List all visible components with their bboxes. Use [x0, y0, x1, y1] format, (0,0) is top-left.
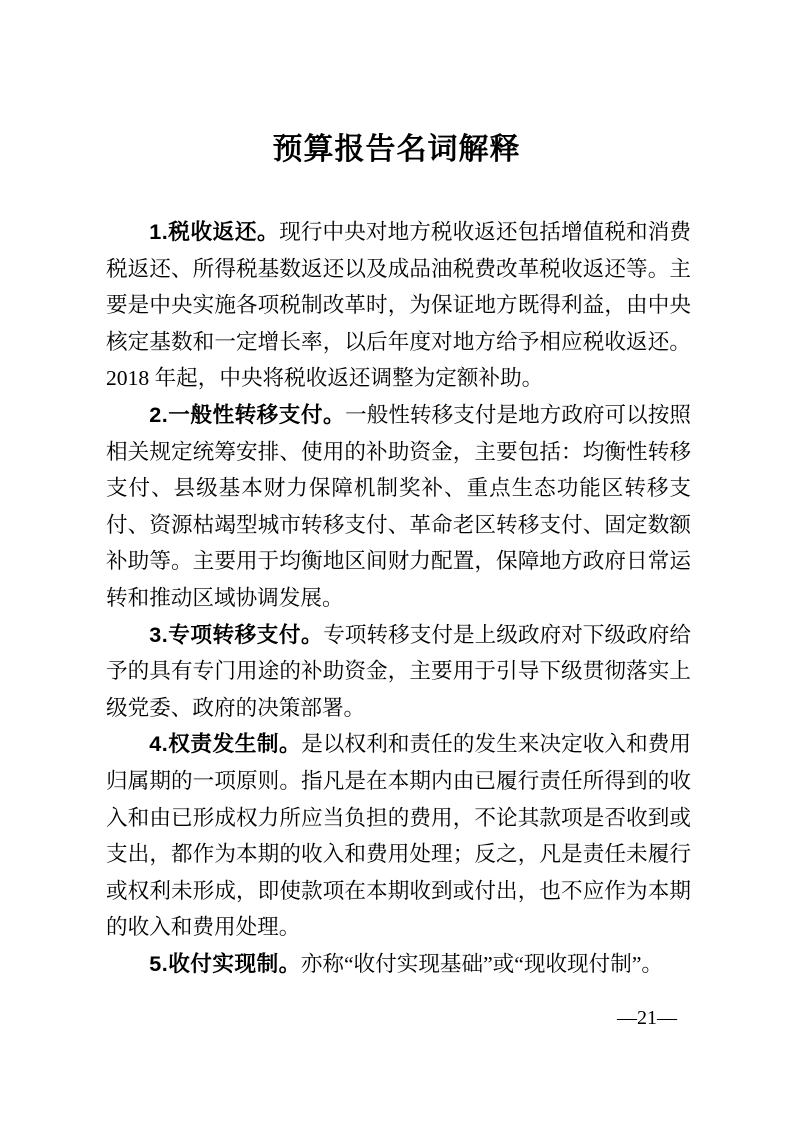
page-number: —21— — [617, 1004, 677, 1032]
definition-paragraph-cash-basis: 5.收付实现制。亦称“收付实现基础”或“现收现付制”。 — [106, 946, 691, 983]
term-label-4: 4.权责发生制。 — [149, 731, 301, 756]
definition-paragraph-general-transfer: 2.一般性转移支付。一般性转移支付是地方政府可以按照相关规定统筹安排、使用的补助… — [106, 397, 691, 617]
document-body: 1.税收返还。现行中央对地方税收返还包括增值税和消费税返还、所得税基数返还以及成… — [106, 214, 691, 982]
definition-paragraph-special-transfer: 3.专项转移支付。专项转移支付是上级政府对下级政府给予的具有专门用途的补助资金，… — [106, 617, 691, 727]
term-definition-1: 现行中央对地方税收返还包括增值税和消费税返还、所得税基数返还以及成品油税费改革税… — [106, 220, 691, 390]
definition-paragraph-tax-rebate: 1.税收返还。现行中央对地方税收返还包括增值税和消费税返还、所得税基数返还以及成… — [106, 214, 691, 397]
term-definition-2: 一般性转移支付是地方政府可以按照相关规定统筹安排、使用的补助资金，主要包括：均衡… — [106, 403, 691, 610]
definition-paragraph-accrual-basis: 4.权责发生制。是以权利和责任的发生来决定收入和费用归属期的一项原则。指凡是在本… — [106, 726, 691, 946]
term-definition-5: 亦称“收付实现基础”或“现收现付制”。 — [301, 952, 663, 976]
term-label-1: 1.税收返还。 — [149, 219, 279, 244]
term-label-3: 3.专项转移支付。 — [149, 622, 323, 647]
term-definition-4: 是以权利和责任的发生来决定收入和费用归属期的一项原则。指凡是在本期内由已履行责任… — [106, 732, 691, 939]
document-page: 预算报告名词解释 1.税收返还。现行中央对地方税收返还包括增值税和消费税返还、所… — [0, 0, 793, 1122]
term-label-5: 5.收付实现制。 — [149, 951, 301, 976]
term-label-2: 2.一般性转移支付。 — [149, 402, 345, 427]
page-title: 预算报告名词解释 — [0, 128, 793, 172]
